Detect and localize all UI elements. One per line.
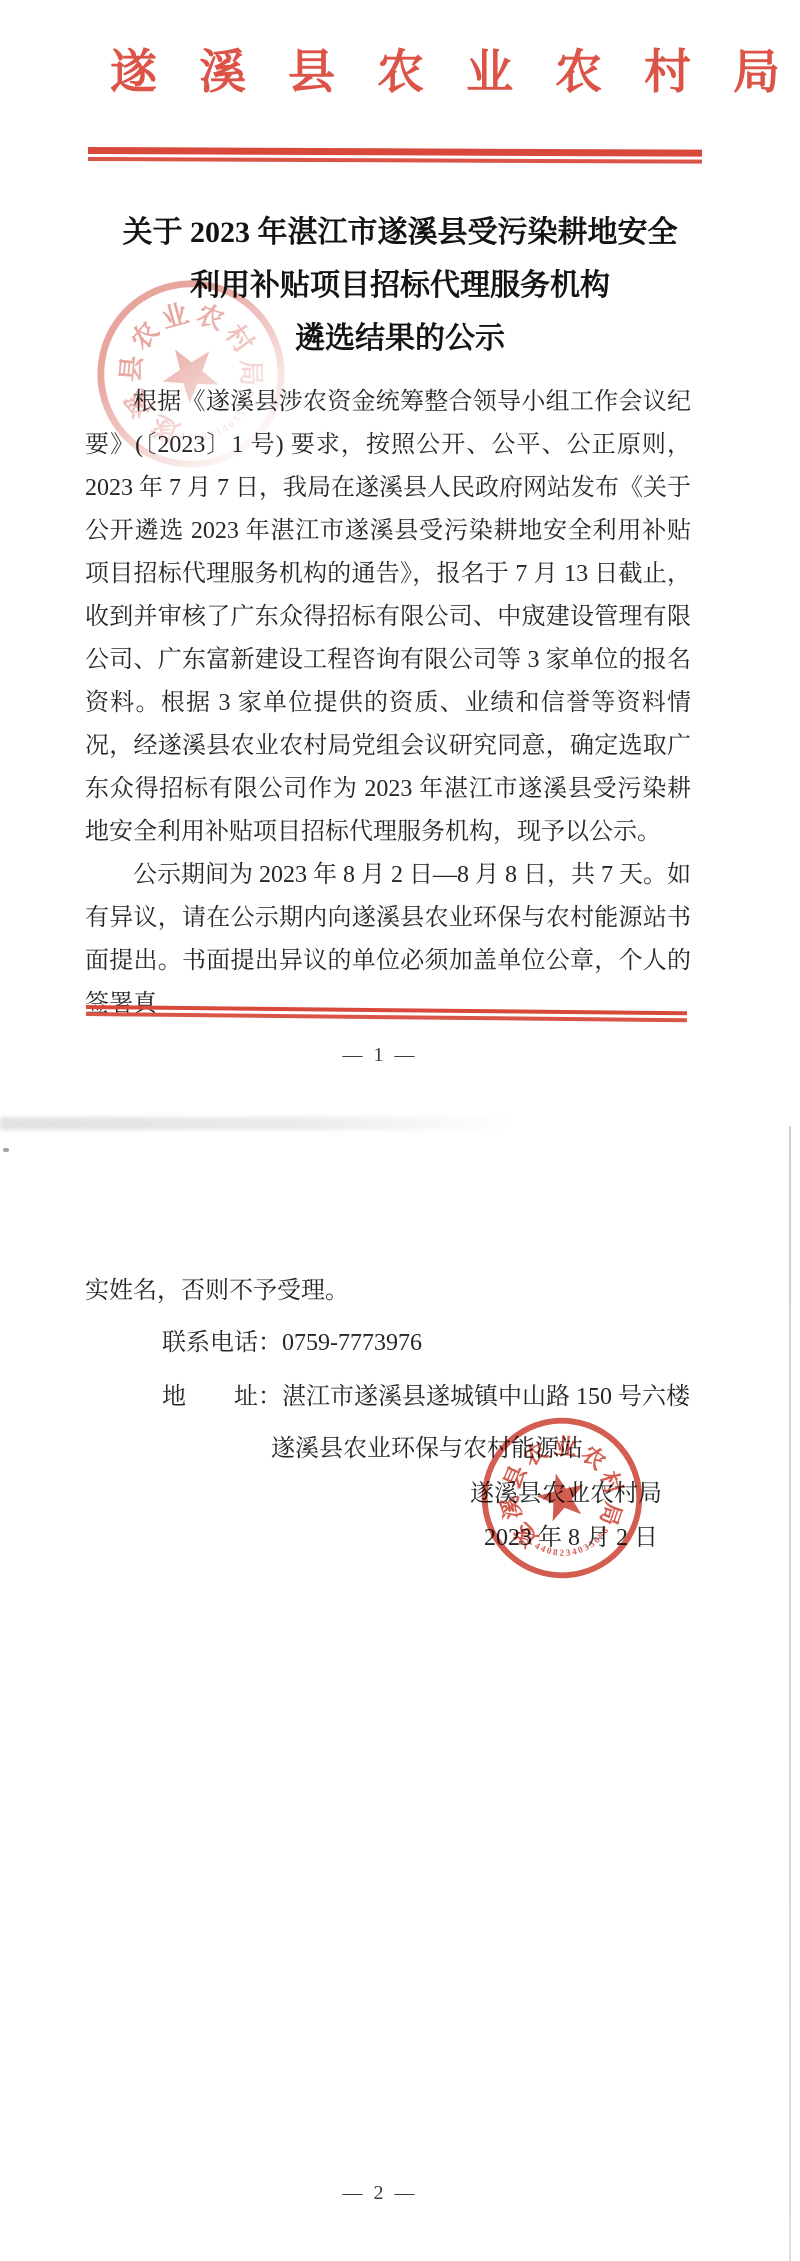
notice-title-line-1: 关于 2023 年湛江市遂溪县受污染耕地安全	[10, 206, 790, 259]
seal-star-icon	[533, 1468, 590, 1524]
seal-text-char: 村	[220, 319, 260, 358]
seal-text-char: 村	[596, 1469, 627, 1498]
seal-text-char: 局	[595, 1499, 626, 1528]
seal-text-char: 农	[125, 316, 165, 356]
scan-speck	[3, 1148, 9, 1152]
page-separator-shadow	[0, 1117, 540, 1130]
seal-text-char: 农	[577, 1441, 611, 1475]
seal-text-char: 业	[158, 298, 192, 334]
phone-line: 联系电话：0759-7773976	[162, 1322, 422, 1357]
masthead-rule	[88, 147, 702, 164]
seal-text-char: 农	[519, 1438, 552, 1471]
page-number-1: — 1 —	[20, 1044, 740, 1067]
continuation-line: 实姓名，否则不予受理。	[85, 1270, 349, 1305]
body-paragraph-2: 公示期间为 2023 年 8 月 2 日—8 月 8 日，共 7 天。如有异议，…	[85, 854, 691, 1026]
seal-text-char: 业	[553, 1434, 577, 1460]
seal-star-icon	[152, 334, 228, 409]
scan-edge-line	[789, 1126, 791, 2261]
seal-text-char: 县	[499, 1461, 531, 1492]
document-scan: 遂溪县农业农村局 关于 2023 年湛江市遂溪县受污染耕地安全 利用补贴项目招标…	[0, 0, 800, 2261]
seal-text-char: 溪	[497, 1494, 526, 1521]
seal-text-char: 农	[193, 299, 228, 336]
seal-text-char: 局	[236, 359, 266, 386]
seal-serial: 4408234035698	[531, 1522, 616, 1566]
agency-masthead: 遂溪县农业农村局	[110, 38, 800, 108]
seal-text-char: 县	[115, 354, 147, 384]
page-number-2: — 2 —	[20, 2182, 740, 2205]
official-seal: 遂 溪 县 农 业 农 村 局 4408234035698	[460, 1396, 664, 1600]
seal-text-char: 溪	[119, 385, 158, 423]
